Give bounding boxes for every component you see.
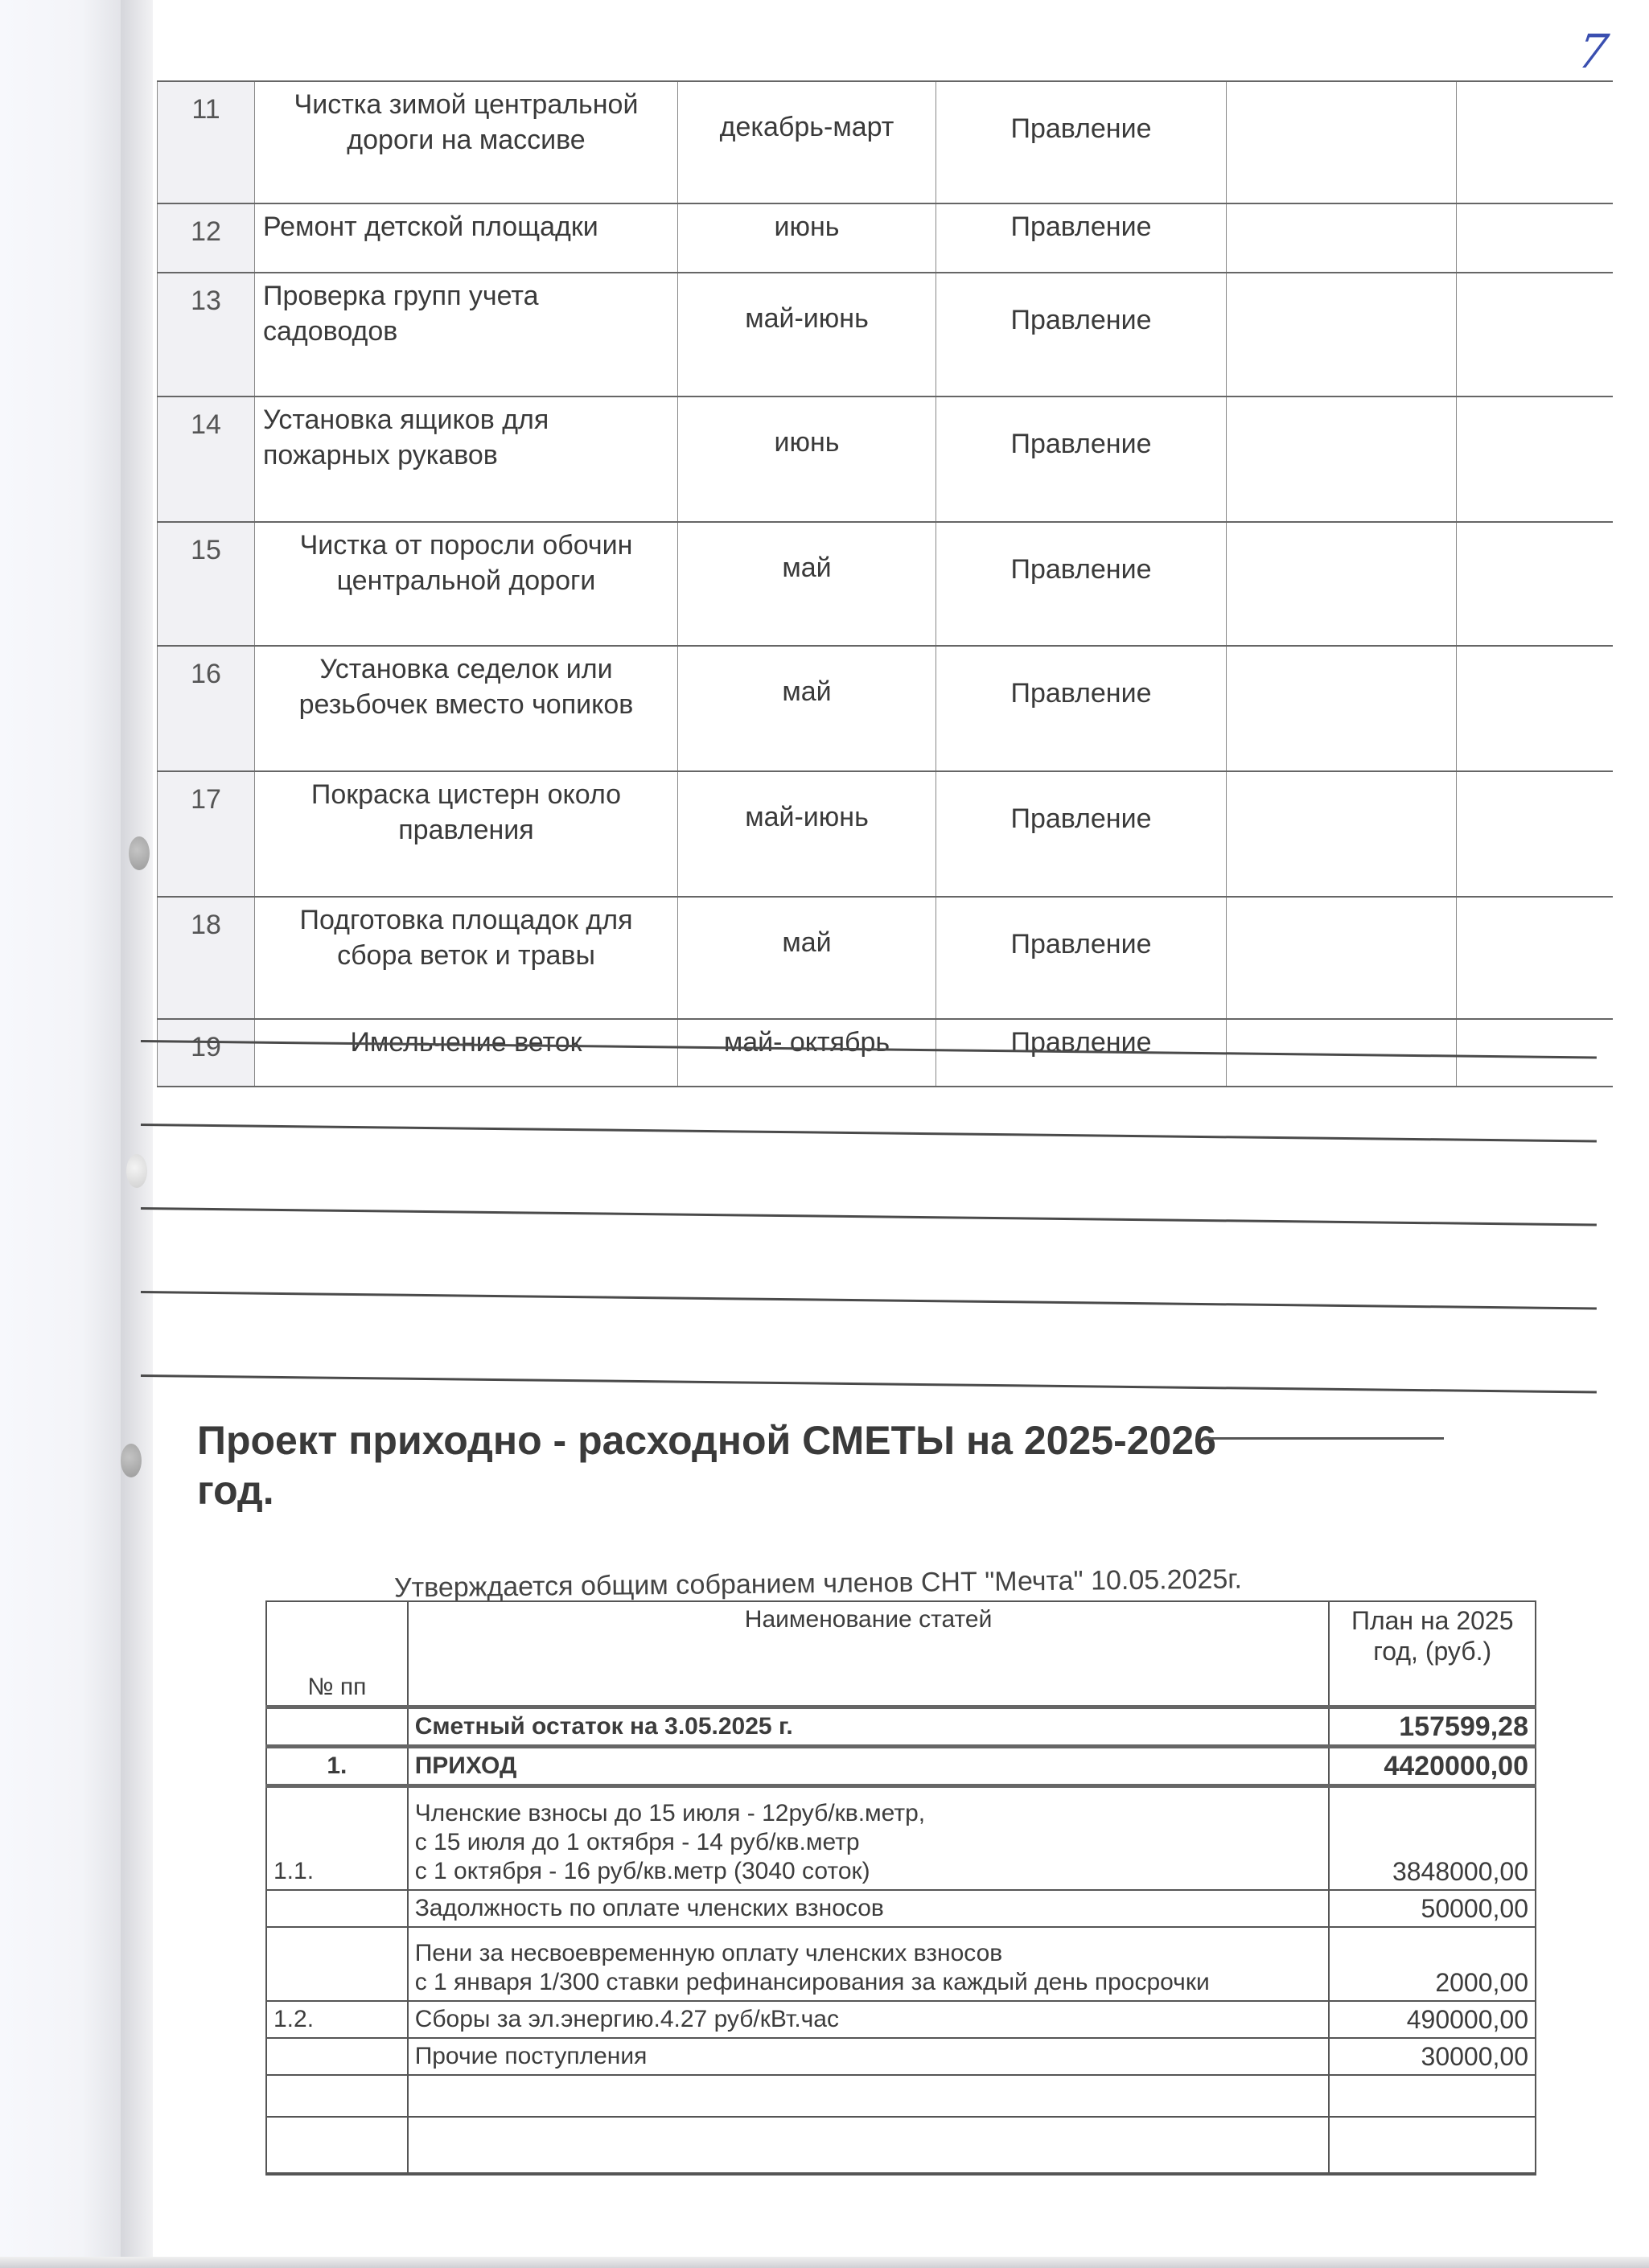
table-row: Задолжность по оплате членских взносов 5…: [266, 1890, 1536, 1927]
table-row: Прочие поступления 30000,00: [266, 2038, 1536, 2075]
row-number: [266, 1707, 408, 1747]
row-name: [408, 2075, 1330, 2117]
table-row: 19 Имельчение веток май- октябрь Правлен…: [158, 1019, 1614, 1087]
row-amount: [1329, 2117, 1536, 2174]
table-row-empty: [266, 2075, 1536, 2117]
row-number: [266, 2038, 408, 2075]
table-row: 1.2. Сборы за эл.энергию.4.27 руб/кВт.ча…: [266, 2001, 1536, 2038]
row-number: 19: [158, 1019, 255, 1087]
header-name: Наименование статей: [408, 1601, 1330, 1707]
work-description: Подготовка площадок для сбора веток и тр…: [255, 897, 678, 1019]
approval-note: Утверждается общим собранием членов СНТ …: [394, 1563, 1242, 1604]
row-number: 11: [158, 81, 255, 203]
work-description: Покраска цистерн около правления: [255, 771, 678, 897]
table-row: 15 Чистка от поросли обочин центральной …: [158, 522, 1614, 646]
empty-cell: [1227, 81, 1457, 203]
row-number: [266, 2075, 408, 2117]
row-number: 1.: [266, 1747, 408, 1786]
row-name: Пени за несвоевременную оплату членских …: [408, 1927, 1330, 2001]
row-number: [266, 2117, 408, 2174]
row-name: Сборы за эл.энергию.4.27 руб/кВт.час: [408, 2001, 1330, 2038]
row-number: 17: [158, 771, 255, 897]
responsible: Правление: [936, 273, 1227, 396]
row-number: 14: [158, 396, 255, 522]
empty-cell: [1457, 273, 1614, 396]
row-number: [266, 1890, 408, 1927]
table-row: 11 Чистка зимой центральной дороги на ма…: [158, 81, 1614, 203]
row-name: ПРИХОД: [408, 1747, 1330, 1786]
table-row: Пени за несвоевременную оплату членских …: [266, 1927, 1536, 2001]
empty-cell: [1457, 646, 1614, 771]
responsible: Правление: [936, 522, 1227, 646]
budget-title: Проект приходно - расходной СМЕТЫ на 202…: [197, 1415, 1243, 1515]
budget-table: № пп Наименование статей План на 2025 го…: [265, 1600, 1536, 2176]
row-amount: [1329, 2075, 1536, 2117]
table-row: Сметный остаток на 3.05.2025 г. 157599,2…: [266, 1707, 1536, 1747]
row-number: 16: [158, 646, 255, 771]
table-row: 1.1. Членские взносы до 15 июля - 12руб/…: [266, 1786, 1536, 1891]
blank-rule-line: [141, 1124, 1597, 1143]
empty-cell: [1227, 522, 1457, 646]
scan-bottom-edge: [0, 2257, 1649, 2268]
row-number: 12: [158, 203, 255, 273]
row-name: Членские взносы до 15 июля - 12руб/кв.ме…: [408, 1786, 1330, 1891]
empty-cell: [1457, 396, 1614, 522]
work-description: Чистка от поросли обочин центральной дор…: [255, 522, 678, 646]
table-row: 17 Покраска цистерн около правления май-…: [158, 771, 1614, 897]
empty-cell: [1227, 396, 1457, 522]
work-period: май-июнь: [678, 273, 936, 396]
row-amount: 157599,28: [1329, 1707, 1536, 1747]
row-number: 13: [158, 273, 255, 396]
work-period: май: [678, 646, 936, 771]
empty-cell: [1457, 522, 1614, 646]
work-period: май-июнь: [678, 771, 936, 897]
blank-rule-line: [141, 1291, 1597, 1310]
row-number: 18: [158, 897, 255, 1019]
empty-cell: [1457, 81, 1614, 203]
responsible: Правление: [936, 771, 1227, 897]
header-plan: План на 2025 год, (руб.): [1329, 1601, 1536, 1707]
empty-cell: [1227, 273, 1457, 396]
empty-cell: [1457, 897, 1614, 1019]
work-period: май: [678, 522, 936, 646]
table-row: 14 Установка ящиков для пожарных рукавов…: [158, 396, 1614, 522]
row-number: [266, 1927, 408, 2001]
punch-hole: [121, 1444, 142, 1477]
row-amount: 30000,00: [1329, 2038, 1536, 2075]
work-description: Ремонт детской площадки: [255, 203, 678, 273]
table-row: 12 Ремонт детской площадки июнь Правлени…: [158, 203, 1614, 273]
work-period: декабрь-март: [678, 81, 936, 203]
row-amount: 50000,00: [1329, 1890, 1536, 1927]
responsible: Правление: [936, 203, 1227, 273]
row-amount: 4420000,00: [1329, 1747, 1536, 1786]
work-description: Чистка зимой центральной дороги на масси…: [255, 81, 678, 203]
work-period: июнь: [678, 396, 936, 522]
row-amount: 2000,00: [1329, 1927, 1536, 2001]
punch-hole: [129, 836, 150, 870]
work-description: Установка седелок или резьбочек вместо ч…: [255, 646, 678, 771]
blank-rule-line: [141, 1374, 1597, 1394]
responsible: Правление: [936, 897, 1227, 1019]
work-period: май- октябрь: [678, 1019, 936, 1087]
work-description: Проверка групп учета садоводов: [255, 273, 678, 396]
row-amount: 3848000,00: [1329, 1786, 1536, 1891]
scan-margin-shadow: [0, 0, 137, 2268]
responsible: Правление: [936, 81, 1227, 203]
work-period: июнь: [678, 203, 936, 273]
empty-cell: [1457, 1019, 1614, 1087]
responsible: Правление: [936, 646, 1227, 771]
table-header-row: № пп Наименование статей План на 2025 го…: [266, 1601, 1536, 1707]
row-name: Задолжность по оплате членских взносов: [408, 1890, 1330, 1927]
table-row-empty: [266, 2117, 1536, 2174]
row-number: 1.2.: [266, 2001, 408, 2038]
scan-fold-shadow: [121, 0, 153, 2268]
work-description: Имельчение веток: [255, 1019, 678, 1087]
row-number: 15: [158, 522, 255, 646]
row-name: Прочие поступления: [408, 2038, 1330, 2075]
blank-rule-line: [141, 1207, 1597, 1226]
empty-cell: [1227, 646, 1457, 771]
work-description: Установка ящиков для пожарных рукавов: [255, 396, 678, 522]
punch-hole: [126, 1154, 147, 1188]
header-number: № пп: [266, 1601, 408, 1707]
work-period: май: [678, 897, 936, 1019]
row-amount: 490000,00: [1329, 2001, 1536, 2038]
table-row: 16 Установка седелок или резьбочек вмест…: [158, 646, 1614, 771]
row-name: [408, 2117, 1330, 2174]
empty-cell: [1457, 771, 1614, 897]
row-number: 1.1.: [266, 1786, 408, 1891]
empty-cell: [1227, 771, 1457, 897]
empty-cell: [1227, 897, 1457, 1019]
handwritten-page-number: 7: [1574, 24, 1611, 79]
table-row: 18 Подготовка площадок для сбора веток и…: [158, 897, 1614, 1019]
responsible: Правление: [936, 396, 1227, 522]
work-plan-table: 11 Чистка зимой центральной дороги на ма…: [157, 80, 1613, 1087]
row-name: Сметный остаток на 3.05.2025 г.: [408, 1707, 1330, 1747]
table-row: 1. ПРИХОД 4420000,00: [266, 1747, 1536, 1786]
table-row: 13 Проверка групп учета садоводов май-ию…: [158, 273, 1614, 396]
title-underline: [1203, 1437, 1444, 1440]
empty-cell: [1227, 203, 1457, 273]
empty-cell: [1457, 203, 1614, 273]
